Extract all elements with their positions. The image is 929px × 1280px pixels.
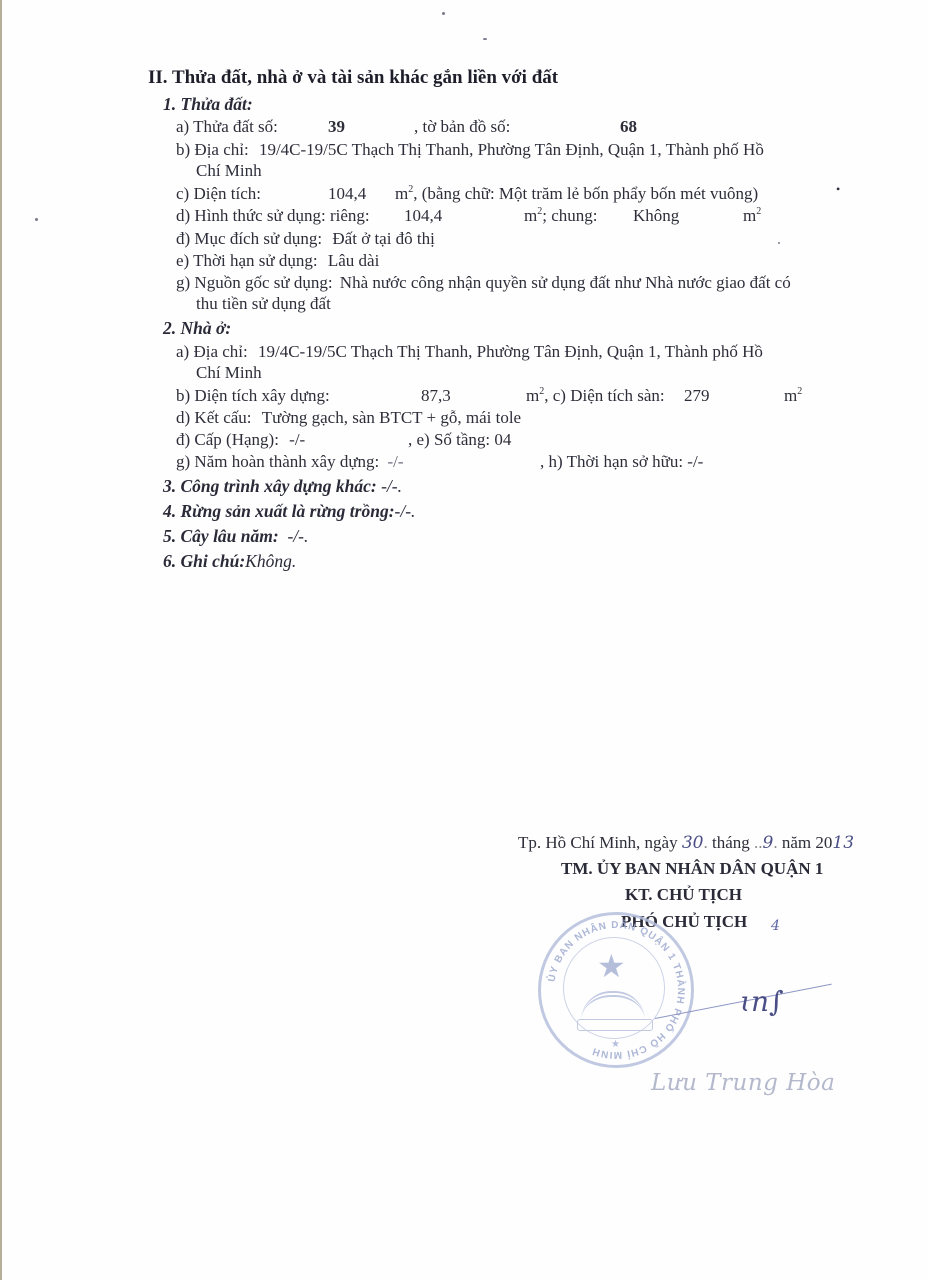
signing-date: Tp. Hồ Chí Minh, ngày 30. tháng ..9. năm… bbox=[518, 833, 854, 853]
unit-superscript: 2 bbox=[797, 386, 802, 397]
land-address-row: b) Địa chỉ: 19/4C-19/5C Thạch Thị Thanh,… bbox=[176, 140, 764, 160]
scan-edge bbox=[0, 0, 2, 1280]
date-day: 30 bbox=[682, 833, 704, 853]
house-address-label: a) Địa chỉ: bbox=[176, 342, 248, 361]
perennial-trees-heading: 5. Cây lâu năm: bbox=[163, 526, 279, 546]
land-plot-label: a) Thửa đất số: bbox=[176, 117, 278, 136]
house-build-area-label: b) Diện tích xây dựng: bbox=[176, 386, 330, 405]
land-origin-label: g) Nguồn gốc sử dụng: bbox=[176, 273, 333, 292]
house-ownership-term-label: , h) Thời hạn sở hữu: bbox=[540, 452, 683, 471]
house-structure-row: d) Kết cấu: Tường gạch, sàn BTCT + gỗ, m… bbox=[176, 408, 521, 428]
date-month: 9 bbox=[763, 833, 774, 853]
signing-org: TM. ỦY BAN NHÂN DÂN QUẬN 1 bbox=[561, 859, 823, 879]
notes-heading: 6. Ghi chú: bbox=[163, 551, 245, 571]
house-grade-label: đ) Cấp (Hạng): bbox=[176, 430, 279, 449]
land-address-line2: Chí Minh bbox=[196, 161, 262, 181]
unit-label: m bbox=[524, 206, 537, 225]
unit-label: m bbox=[784, 386, 797, 405]
production-forest-heading: 4. Rừng sản xuất là rừng trồng: bbox=[163, 501, 395, 521]
house-area-row: b) Diện tích xây dựng: 87,3 m2, c) Diện … bbox=[176, 386, 330, 406]
land-usage-shared-value: Không bbox=[633, 206, 679, 226]
month-label: tháng bbox=[712, 833, 750, 852]
land-address-line1: 19/4C-19/5C Thạch Thị Thanh, Phường Tân … bbox=[259, 140, 764, 159]
land-origin-row: g) Nguồn gốc sử dụng: Nhà nước công nhận… bbox=[176, 273, 791, 293]
land-map-number: 68 bbox=[620, 117, 637, 137]
perennial-trees-row: 5. Cây lâu năm: -/-. bbox=[163, 526, 308, 547]
land-usage-form-row: d) Hình thức sử dụng: riêng: 104,4 m2; c… bbox=[176, 206, 370, 226]
house-floor-area-label: , c) Diện tích sàn: bbox=[544, 386, 664, 405]
house-completion-label: g) Năm hoàn thành xây dựng: bbox=[176, 452, 379, 471]
unit-label: m bbox=[526, 386, 539, 405]
emblem-star-icon: ★ bbox=[597, 947, 626, 985]
land-map-label: , tờ bản đồ số: bbox=[414, 117, 510, 137]
land-term-value: Lâu dài bbox=[328, 251, 379, 270]
land-area-row: c) Diện tích: 104,4 m2, (bằng chữ: Một t… bbox=[176, 184, 261, 204]
land-plot-number: 39 bbox=[328, 117, 345, 137]
date-year-suffix: 13 bbox=[832, 833, 854, 853]
house-completion-value: -/- bbox=[388, 452, 404, 471]
land-heading: 1. Thửa đất: bbox=[163, 94, 253, 115]
land-term-label: e) Thời hạn sử dụng: bbox=[176, 251, 318, 270]
scan-speck bbox=[442, 12, 445, 15]
land-area-words: , (bằng chữ: Một trăm lẻ bốn phẩy bốn mé… bbox=[413, 184, 758, 203]
official-seal: ỦY BAN NHÂN DÂN QUẬN 1 THÀNH PHỐ HỒ CHÍ … bbox=[538, 912, 694, 1068]
production-forest-value: -/-. bbox=[395, 501, 416, 521]
land-origin-line2: thu tiền sử dụng đất bbox=[196, 294, 331, 314]
other-construction-heading: 3. Công trình xây dựng khác: bbox=[163, 476, 377, 496]
house-address-row: a) Địa chỉ: 19/4C-19/5C Thạch Thị Thanh,… bbox=[176, 342, 763, 362]
house-heading: 2. Nhà ở: bbox=[163, 318, 231, 339]
land-address-label: b) Địa chỉ: bbox=[176, 140, 249, 159]
house-ownership-term-value: -/- bbox=[687, 452, 703, 471]
year-label: năm 20 bbox=[782, 833, 833, 852]
land-plot-row: a) Thửa đất số: 39 , tờ bản đồ số: 68 bbox=[176, 117, 278, 137]
house-address-line2: Chí Minh bbox=[196, 363, 262, 383]
house-floor-area-value: 279 bbox=[684, 386, 710, 406]
land-origin-line1: Nhà nước công nhận quyền sử dụng đất như… bbox=[340, 273, 791, 292]
land-area-value: 104,4 bbox=[328, 184, 366, 204]
house-build-area-value: 87,3 bbox=[421, 386, 451, 406]
land-area-unit: m bbox=[395, 184, 408, 203]
signer-name: Lưu Trung Hòa bbox=[651, 1070, 835, 1096]
perennial-trees-value: -/-. bbox=[279, 526, 309, 546]
land-purpose-label: đ) Mục đích sử dụng: bbox=[176, 229, 322, 248]
initial-mark: 4 bbox=[771, 918, 780, 934]
signature-scribble: ɩn∫ bbox=[740, 985, 784, 1018]
land-usage-shared-label: ; chung: bbox=[542, 206, 597, 225]
house-grade-row: đ) Cấp (Hạng): -/- , e) Số tầng: 04 bbox=[176, 430, 305, 450]
other-construction-value: -/-. bbox=[377, 476, 402, 496]
other-construction-row: 3. Công trình xây dựng khác: -/-. bbox=[163, 476, 402, 497]
house-structure-label: d) Kết cấu: bbox=[176, 408, 252, 427]
house-floors-label: , e) Số tầng: bbox=[408, 430, 490, 449]
land-term-row: e) Thời hạn sử dụng: Lâu dài bbox=[176, 251, 379, 271]
production-forest-row: 4. Rừng sản xuất là rừng trồng:-/-. bbox=[163, 501, 415, 522]
unit-superscript: 2 bbox=[756, 206, 761, 217]
land-usage-private-value: 104,4 bbox=[404, 206, 442, 226]
date-prefix: Tp. Hồ Chí Minh, ngày bbox=[518, 833, 678, 852]
small-star-icon: ★ bbox=[611, 1039, 620, 1050]
section-heading: II. Thửa đất, nhà ở và tài sản khác gắn … bbox=[148, 67, 558, 89]
scan-speck bbox=[35, 218, 38, 221]
land-purpose-value: Đất ở tại đô thị bbox=[332, 229, 434, 248]
land-usage-form-label: d) Hình thức sử dụng: riêng: bbox=[176, 206, 370, 225]
scan-speck bbox=[483, 38, 487, 40]
house-address-line1: 19/4C-19/5C Thạch Thị Thanh, Phường Tân … bbox=[258, 342, 763, 361]
house-structure-value: Tường gạch, sàn BTCT + gỗ, mái tole bbox=[262, 408, 521, 427]
emblem-ribbon-icon bbox=[577, 1019, 653, 1031]
house-floors-value: 04 bbox=[494, 430, 511, 449]
scan-mark: • bbox=[836, 182, 840, 197]
house-completion-row: g) Năm hoàn thành xây dựng: -/- , h) Thờ… bbox=[176, 452, 404, 472]
scan-speck bbox=[778, 242, 780, 244]
unit-label: m bbox=[743, 206, 756, 225]
house-grade-value: -/- bbox=[289, 430, 305, 449]
signing-title-1: KT. CHỦ TỊCH bbox=[625, 885, 742, 905]
notes-row: 6. Ghi chú:Không. bbox=[163, 551, 296, 572]
land-purpose-row: đ) Mục đích sử dụng: Đất ở tại đô thị bbox=[176, 229, 435, 249]
land-area-label: c) Diện tích: bbox=[176, 184, 261, 203]
notes-value: Không. bbox=[245, 551, 296, 571]
